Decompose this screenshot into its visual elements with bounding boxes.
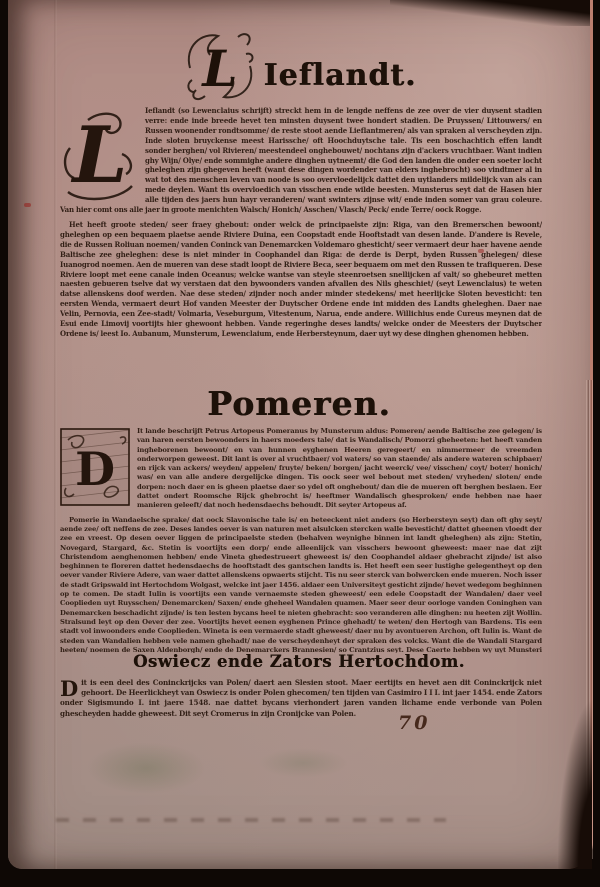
paragraph: Pomerie in Wandaelsche sprake/ dat oock … (60, 516, 542, 653)
section-heading-lieflandt: L Ieflandt. (8, 28, 590, 108)
section-body-lieflandt: L Ieflandt (so Lewenclaius schrijft) str… (60, 106, 542, 354)
swash-initial-letter: L (71, 110, 128, 201)
section-body-oswiecz: D it is een deel des Coninckrijcks van P… (60, 678, 542, 728)
woodcut-initial-d-icon: D (60, 428, 130, 506)
paragraph: Het heeft groote steden/ seer fraey gheb… (60, 220, 542, 339)
section-title-lieflandt: Ieflandt. (264, 58, 417, 93)
red-speck (486, 585, 490, 589)
ornate-initial-letter: L (200, 39, 237, 98)
page-number: 70 (398, 712, 430, 734)
section-title-pomeren: Pomeren. (207, 384, 391, 423)
stain (86, 742, 206, 794)
page-crease (54, 0, 57, 869)
section-body-pomeren: D It lande beschrijft Petrus Artopeus Po… (60, 427, 542, 653)
stain (258, 748, 348, 778)
book-photo: L Ieflandt. L Ieflandt (so Lewenclaius s (0, 0, 600, 887)
section-heading-pomeren: Pomeren. (8, 384, 590, 423)
dropcap-d-letter: D (60, 679, 78, 698)
red-speck (478, 249, 484, 253)
paragraph: It lande beschrijft Petrus Artopeus Pome… (60, 427, 542, 511)
section-title-oswiecz: Oswiecz ende Zators Hertochdom. (133, 652, 465, 671)
ink-showthrough (56, 818, 446, 822)
section-heading-oswiecz: Oswiecz ende Zators Hertochdom. (8, 652, 590, 671)
page-corner-shadow (390, 0, 590, 26)
swash-initial-l-icon: L (60, 108, 138, 202)
woodcut-initial-letter: D (75, 442, 115, 496)
page-corner-shadow (558, 699, 592, 869)
paragraph: it is een deel des Coninckrijcks van Pol… (60, 678, 542, 719)
ornate-initial-l-icon: L (182, 28, 258, 108)
red-speck (24, 203, 31, 207)
book-page: L Ieflandt. L Ieflandt (so Lewenclaius s (8, 0, 593, 869)
